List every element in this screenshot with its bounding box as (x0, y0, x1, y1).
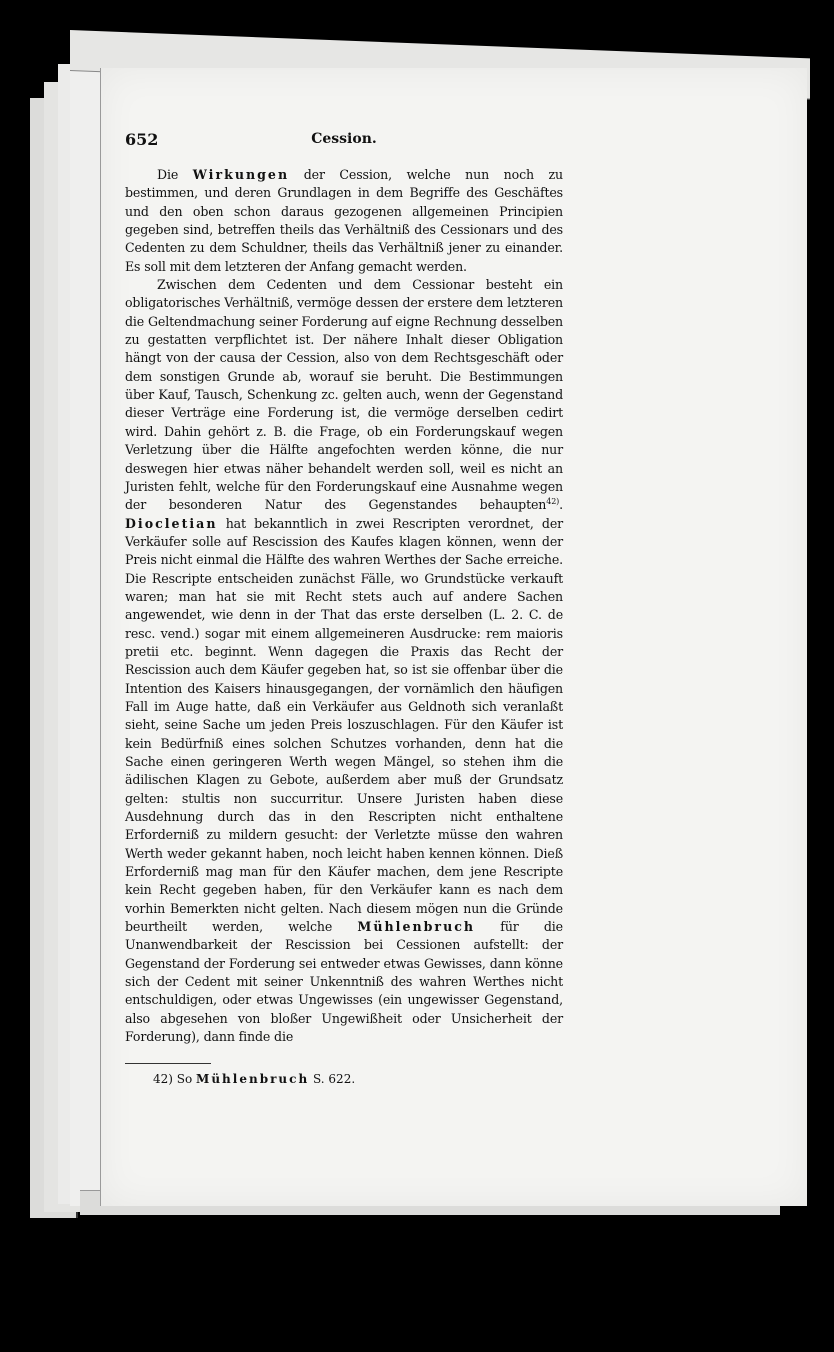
text-run: Die (157, 167, 193, 182)
page-content: 652 Cession. Die Wirkungen der Cession, … (125, 130, 563, 1086)
footnote: 42) So Mühlenbruch S. 622. (125, 1072, 563, 1086)
footnote-author: Mühlenbruch (196, 1072, 309, 1086)
footnote-reference: 42) (546, 497, 559, 506)
text-run: der Cession, welche nun noch zu bestimme… (125, 167, 563, 274)
running-head: Cession. (125, 131, 563, 147)
body-text: Die Wirkungen der Cession, welche nun no… (125, 166, 563, 1047)
text-run: Zwischen dem Cedenten und dem Cessionar … (125, 277, 563, 512)
paragraph: Die Wirkungen der Cession, welche nun no… (125, 166, 563, 276)
page-header: 652 Cession. (125, 130, 563, 152)
text-run: hat bekanntlich in zwei Rescripten veror… (125, 516, 563, 935)
page-edge (70, 48, 101, 1206)
scanned-book-page: 652 Cession. Die Wirkungen der Cession, … (0, 0, 834, 1352)
text-run: für die Unanwendbarkeit der Rescission b… (125, 919, 563, 1044)
footnote-divider (125, 1063, 211, 1064)
emphasized-name: Mühlenbruch (357, 919, 475, 934)
text-run: . (559, 497, 563, 512)
emphasized-name: Diocletian (125, 516, 218, 531)
footnote-marker: 42) (153, 1072, 173, 1086)
emphasized-name: Wirkungen (193, 167, 289, 182)
paragraph: Zwischen dem Cedenten und dem Cessionar … (125, 276, 563, 1046)
footnote-prefix: So (177, 1072, 196, 1086)
footnote-suffix: S. 622. (313, 1072, 355, 1086)
